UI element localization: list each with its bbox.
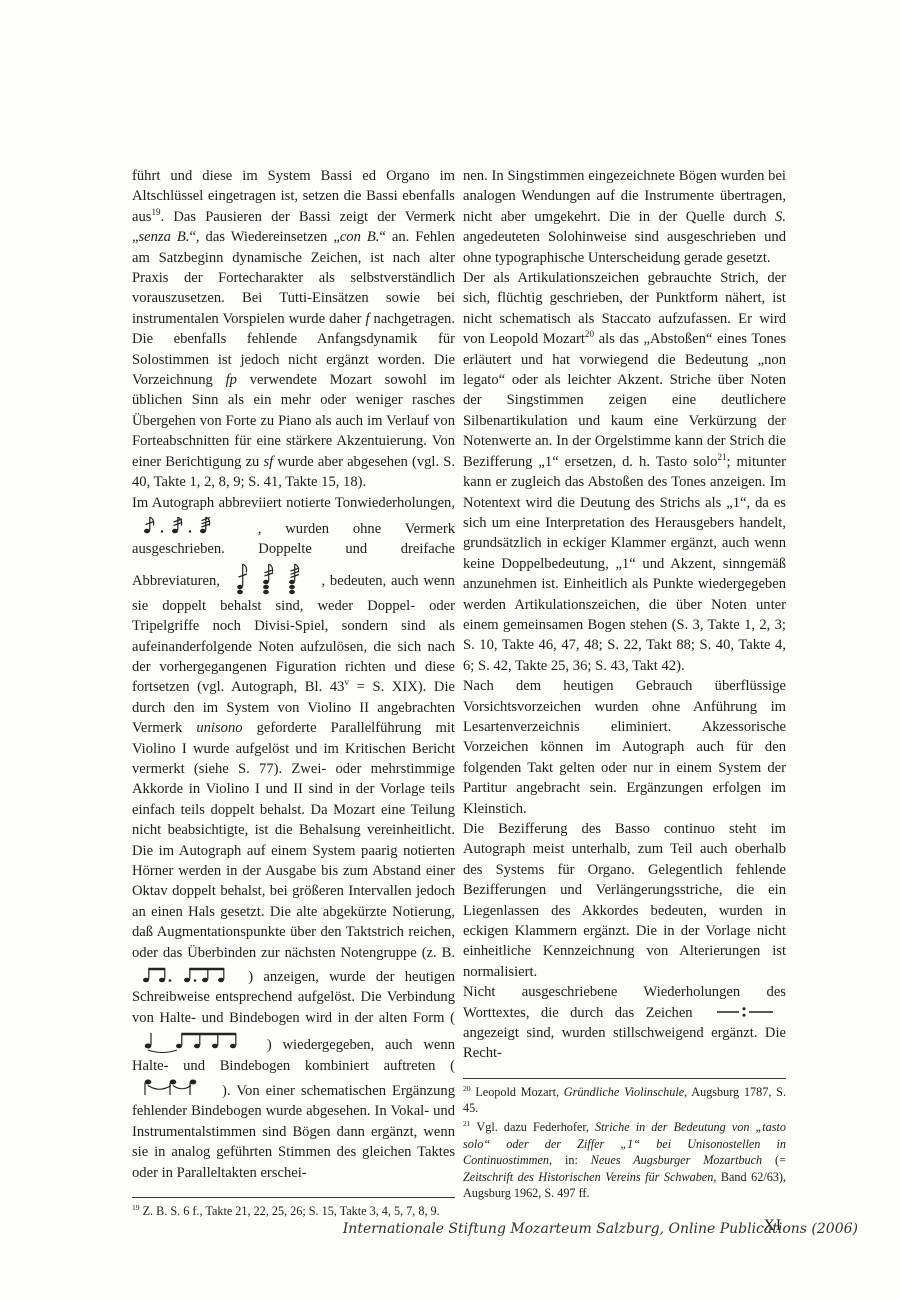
text-run: ; mitunter kann er zugleich das Abstoßen… [463, 454, 786, 674]
text-run: senza B. [138, 229, 189, 245]
paragraph: führt und diese im System Bassi ed Organ… [132, 166, 455, 493]
text-run: Die Bezifferung des Basso continuo steht… [463, 821, 786, 980]
paragraph: Die Bezifferung des Basso continuo steht… [463, 819, 786, 982]
text-run: “, das Wiedereinsetzen „ [189, 229, 339, 245]
beamed-note-groups-with-augmentation-dots-icon [139, 963, 231, 985]
text-run: Gründliche Violinschule [564, 1085, 684, 1099]
text-run: (= [762, 1153, 786, 1167]
text-run: als das „Abstoßen“ eines Tones erläutert… [463, 331, 786, 469]
abbreviated-repeated-eighth-notes-icon [139, 513, 227, 537]
quarter-note-tied-to-beamed-eighths-icon [139, 1028, 249, 1055]
right-column: nen. In Singstimmen eingezeichnete Bögen… [463, 166, 786, 1236]
text-run: fp [226, 372, 237, 388]
text-run: sf [263, 454, 273, 470]
footnote: 21 Vgl. dazu Federhofer, Striche in der … [463, 1119, 786, 1202]
text-run: 20 [463, 1084, 471, 1093]
text-run: nen. In Singstimmen eingezeichnete Bögen… [463, 168, 786, 225]
paragraph: Nicht ausgeschriebene Wiederholungen des… [463, 982, 786, 1064]
text-run: con B. [340, 229, 380, 245]
right-footnote-block: 20 Leopold Mozart, Gründliche Violinschu… [463, 1078, 786, 1202]
text-run: 19 [151, 207, 160, 217]
text-run: 21 [463, 1119, 471, 1128]
double-and-triple-abbreviature-chord-notes-icon [232, 560, 310, 596]
paragraph: Der als Artikulationszeichen gebrauchte … [463, 268, 786, 676]
text-run: Im Autograph abbreviiert notierte Tonwie… [132, 495, 455, 511]
text-run: angedeuteten Solohinweise sind ausgeschr… [463, 229, 786, 265]
text-run: Z. B. S. 6 f., Takte 21, 22, 25, 26; S. … [140, 1204, 440, 1218]
text-run: , in: [549, 1153, 591, 1167]
text-run: 21 [717, 452, 726, 462]
word-text-repeat-sign-icon [716, 1005, 774, 1019]
text-run: Vgl. dazu Federhofer, [471, 1120, 596, 1134]
footnote: 19 Z. B. S. 6 f., Takte 21, 22, 25, 26; … [132, 1203, 455, 1220]
text-run: Leopold Mozart, [471, 1085, 564, 1099]
text-run: angezeigt sind, wurden stillschweigend e… [463, 1025, 786, 1061]
text-run: 19 [132, 1203, 140, 1212]
left-column: führt und diese im System Bassi ed Organ… [132, 166, 455, 1222]
left-footnote-block: 19 Z. B. S. 6 f., Takte 21, 22, 25, 26; … [132, 1197, 455, 1220]
text-run: Zeitschrift des Historischen Vereins für… [463, 1170, 713, 1184]
footnote-separator-rule [463, 1078, 786, 1079]
text-run: Nach dem heutigen Gebrauch überflüssige … [463, 678, 786, 816]
text-run: geforderte Parallelführung mit Violino I… [132, 720, 455, 960]
footnote-separator-rule [132, 1197, 455, 1198]
footnote: 20 Leopold Mozart, Gründliche Violinschu… [463, 1084, 786, 1117]
publication-footer: Internationale Stiftung Mozarteum Salzbu… [343, 1221, 858, 1237]
paragraph: nen. In Singstimmen eingezeichnete Bögen… [463, 166, 786, 268]
paragraph: Nach dem heutigen Gebrauch überflüssige … [463, 676, 786, 819]
text-run: 20 [585, 329, 594, 339]
quarter-notes-with-combined-ties-icon [139, 1076, 209, 1100]
text-run: Neues Augsburger Mozartbuch [591, 1153, 762, 1167]
paragraph: Im Autograph abbreviiert notierte Tonwie… [132, 493, 455, 1184]
document-page: führt und diese im System Bassi ed Organ… [0, 0, 900, 1299]
text-run: S. [775, 209, 786, 225]
text-run: unisono [196, 720, 242, 736]
